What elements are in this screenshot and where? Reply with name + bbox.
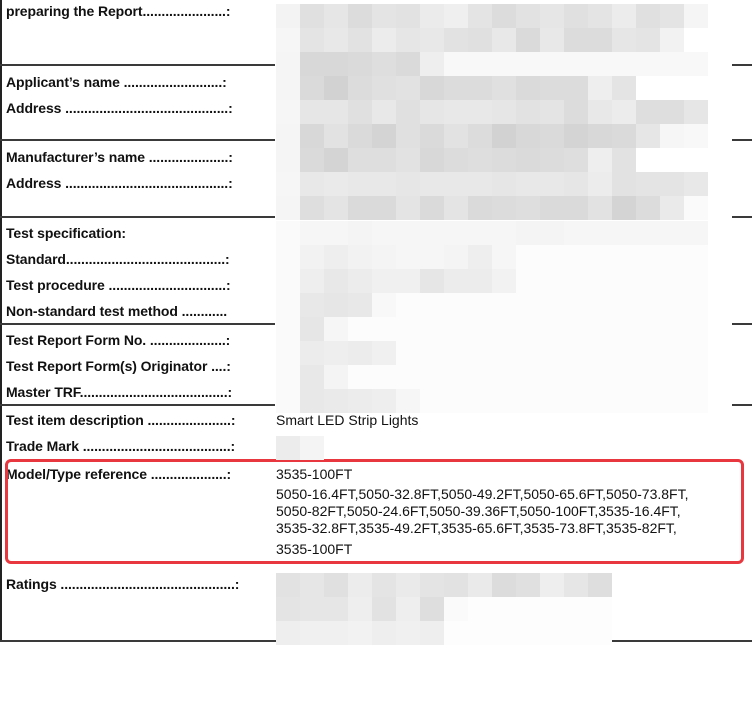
redaction-pixel	[396, 100, 420, 124]
redaction-pixel	[276, 597, 300, 621]
redaction-pixel	[516, 28, 540, 52]
redacted-block-trademark	[276, 436, 324, 460]
section-divider	[732, 64, 752, 66]
redaction-pixel	[516, 172, 540, 196]
label-applicant-address: Address ................................…	[6, 99, 233, 117]
redaction-pixel	[468, 124, 492, 148]
redaction-pixel	[516, 597, 540, 621]
redaction-pixel	[300, 621, 324, 645]
redaction-pixel	[588, 597, 612, 621]
redaction-pixel	[540, 341, 564, 365]
redaction-pixel	[564, 269, 588, 293]
redaction-pixel	[420, 124, 444, 148]
redaction-pixel	[516, 221, 540, 245]
label-applicant-name: Applicant’s name .......................…	[6, 73, 227, 91]
redaction-pixel	[588, 52, 612, 76]
redaction-pixel	[468, 52, 492, 76]
redacted-block-ratings	[276, 573, 612, 645]
redaction-pixel	[300, 124, 324, 148]
redaction-pixel	[396, 365, 420, 389]
redaction-pixel	[660, 317, 684, 341]
redaction-pixel	[540, 365, 564, 389]
redaction-pixel	[276, 341, 300, 365]
redaction-pixel	[636, 100, 660, 124]
redaction-pixel	[444, 597, 468, 621]
redaction-pixel	[588, 124, 612, 148]
redaction-pixel	[684, 221, 708, 245]
redaction-pixel	[492, 4, 516, 28]
redaction-pixel	[372, 269, 396, 293]
redaction-pixel	[564, 341, 588, 365]
redaction-pixel	[612, 341, 636, 365]
redaction-pixel	[420, 573, 444, 597]
redaction-pixel	[492, 76, 516, 100]
redaction-pixel	[396, 389, 420, 413]
redaction-pixel	[564, 4, 588, 28]
redaction-pixel	[612, 269, 636, 293]
redaction-pixel	[492, 293, 516, 317]
redaction-pixel	[684, 172, 708, 196]
redaction-pixel	[540, 52, 564, 76]
section-divider	[0, 404, 275, 406]
redaction-pixel	[540, 221, 564, 245]
redaction-pixel	[348, 365, 372, 389]
redaction-pixel	[492, 389, 516, 413]
redaction-pixel	[516, 124, 540, 148]
redaction-pixel	[444, 221, 468, 245]
redaction-pixel	[300, 196, 324, 220]
redaction-pixel	[468, 221, 492, 245]
redaction-pixel	[372, 124, 396, 148]
redaction-pixel	[684, 28, 708, 52]
redaction-pixel	[636, 28, 660, 52]
redaction-pixel	[636, 293, 660, 317]
redaction-pixel	[492, 341, 516, 365]
redaction-pixel	[564, 621, 588, 645]
redaction-pixel	[516, 148, 540, 172]
label-standard: Standard................................…	[6, 250, 230, 268]
redaction-pixel	[636, 148, 660, 172]
redaction-pixel	[660, 389, 684, 413]
redaction-pixel	[372, 52, 396, 76]
redaction-pixel	[540, 196, 564, 220]
redaction-pixel	[468, 172, 492, 196]
redaction-pixel	[636, 172, 660, 196]
redaction-pixel	[588, 317, 612, 341]
redaction-pixel	[612, 196, 636, 220]
redaction-pixel	[276, 245, 300, 269]
redaction-pixel	[324, 621, 348, 645]
redaction-pixel	[516, 100, 540, 124]
redaction-pixel	[444, 573, 468, 597]
section-divider	[732, 404, 752, 406]
redaction-pixel	[276, 52, 300, 76]
redaction-pixel	[660, 76, 684, 100]
redaction-pixel	[564, 172, 588, 196]
redaction-pixel	[348, 28, 372, 52]
redaction-pixel	[492, 597, 516, 621]
table-left-border	[0, 0, 2, 642]
redaction-pixel	[420, 100, 444, 124]
redaction-pixel	[348, 293, 372, 317]
redaction-pixel	[612, 317, 636, 341]
redaction-pixel	[300, 245, 324, 269]
redaction-pixel	[324, 341, 348, 365]
redaction-pixel	[612, 28, 636, 52]
redaction-pixel	[300, 221, 324, 245]
redaction-pixel	[300, 76, 324, 100]
redaction-pixel	[324, 52, 348, 76]
section-divider	[732, 216, 752, 218]
redaction-pixel	[420, 597, 444, 621]
redaction-pixel	[612, 172, 636, 196]
redaction-pixel	[612, 52, 636, 76]
redaction-pixel	[660, 28, 684, 52]
label-trf-number: Test Report Form No. ...................…	[6, 331, 230, 349]
redaction-pixel	[612, 100, 636, 124]
redaction-pixel	[444, 52, 468, 76]
redaction-pixel	[684, 317, 708, 341]
redaction-pixel	[276, 196, 300, 220]
redaction-pixel	[660, 221, 684, 245]
redaction-pixel	[276, 269, 300, 293]
redaction-pixel	[468, 148, 492, 172]
redaction-pixel	[636, 245, 660, 269]
redaction-pixel	[276, 621, 300, 645]
redaction-pixel	[372, 172, 396, 196]
redaction-pixel	[420, 196, 444, 220]
redaction-pixel	[492, 221, 516, 245]
redaction-pixel	[468, 621, 492, 645]
redaction-pixel	[660, 124, 684, 148]
redaction-pixel	[372, 196, 396, 220]
redaction-pixel	[636, 221, 660, 245]
redaction-pixel	[444, 76, 468, 100]
redaction-pixel	[636, 196, 660, 220]
redaction-pixel	[564, 76, 588, 100]
redaction-pixel	[420, 293, 444, 317]
redaction-pixel	[564, 196, 588, 220]
redaction-pixel	[300, 317, 324, 341]
redaction-pixel	[516, 365, 540, 389]
redaction-pixel	[612, 124, 636, 148]
redaction-pixel	[276, 100, 300, 124]
redaction-pixel	[540, 28, 564, 52]
redaction-pixel	[468, 100, 492, 124]
redaction-pixel	[492, 196, 516, 220]
redaction-pixel	[468, 269, 492, 293]
redaction-pixel	[588, 196, 612, 220]
redaction-pixel	[348, 245, 372, 269]
redaction-pixel	[468, 597, 492, 621]
redaction-pixel	[492, 269, 516, 293]
redaction-pixel	[468, 196, 492, 220]
redaction-pixel	[444, 389, 468, 413]
label-trade-mark: Trade Mark .............................…	[6, 437, 235, 455]
redaction-pixel	[588, 4, 612, 28]
redaction-pixel	[348, 573, 372, 597]
redaction-pixel	[612, 365, 636, 389]
redaction-pixel	[564, 365, 588, 389]
redaction-pixel	[444, 317, 468, 341]
redaction-pixel	[396, 52, 420, 76]
redaction-pixel	[588, 269, 612, 293]
redaction-pixel	[540, 100, 564, 124]
redaction-pixel	[492, 172, 516, 196]
redaction-pixel	[444, 196, 468, 220]
redaction-pixel	[636, 52, 660, 76]
redaction-pixel	[588, 172, 612, 196]
redaction-pixel	[660, 172, 684, 196]
label-preparing-report: preparing the Report....................…	[6, 2, 230, 20]
model-reference-highlight-box	[5, 459, 744, 564]
redaction-pixel	[540, 389, 564, 413]
redaction-pixel	[348, 389, 372, 413]
redaction-pixel	[444, 148, 468, 172]
redaction-pixel	[636, 317, 660, 341]
redaction-pixel	[492, 28, 516, 52]
redaction-pixel	[540, 76, 564, 100]
redaction-pixel	[300, 365, 324, 389]
label-master-trf: Master TRF..............................…	[6, 383, 232, 401]
redaction-pixel	[348, 341, 372, 365]
redaction-pixel	[516, 196, 540, 220]
redaction-pixel	[660, 52, 684, 76]
redaction-pixel	[684, 245, 708, 269]
label-ratings: Ratings ................................…	[6, 575, 239, 593]
redaction-pixel	[660, 365, 684, 389]
redaction-pixel	[300, 4, 324, 28]
redaction-pixel	[636, 269, 660, 293]
redaction-pixel	[396, 28, 420, 52]
label-non-standard-method: Non-standard test method ............	[6, 302, 227, 320]
redaction-pixel	[516, 269, 540, 293]
label-trf-originator: Test Report Form(s) Originator ....:	[6, 357, 231, 375]
redaction-pixel	[564, 389, 588, 413]
redaction-pixel	[588, 76, 612, 100]
redaction-pixel	[660, 341, 684, 365]
redaction-pixel	[492, 52, 516, 76]
redaction-pixel	[516, 52, 540, 76]
redaction-pixel	[372, 245, 396, 269]
redaction-pixel	[372, 621, 396, 645]
redaction-pixel	[276, 124, 300, 148]
redaction-pixel	[372, 597, 396, 621]
redaction-pixel	[684, 76, 708, 100]
redaction-pixel	[420, 389, 444, 413]
redaction-pixel	[636, 76, 660, 100]
redaction-pixel	[396, 573, 420, 597]
redaction-pixel	[276, 389, 300, 413]
redaction-pixel	[324, 196, 348, 220]
redaction-pixel	[468, 245, 492, 269]
redaction-pixel	[276, 365, 300, 389]
redaction-pixel	[468, 4, 492, 28]
redaction-pixel	[444, 269, 468, 293]
redaction-pixel	[564, 100, 588, 124]
redaction-pixel	[396, 245, 420, 269]
redaction-pixel	[540, 573, 564, 597]
redaction-pixel	[420, 28, 444, 52]
redaction-pixel	[300, 28, 324, 52]
redaction-pixel	[468, 317, 492, 341]
redaction-pixel	[540, 148, 564, 172]
redaction-pixel	[660, 245, 684, 269]
redaction-pixel	[684, 365, 708, 389]
redaction-pixel	[588, 365, 612, 389]
section-divider	[0, 216, 275, 218]
redaction-pixel	[300, 341, 324, 365]
redaction-pixel	[516, 317, 540, 341]
redaction-pixel	[348, 124, 372, 148]
redaction-pixel	[468, 365, 492, 389]
redaction-pixel	[564, 293, 588, 317]
redaction-pixel	[396, 269, 420, 293]
redaction-pixel	[588, 341, 612, 365]
redaction-pixel	[420, 245, 444, 269]
redaction-pixel	[324, 100, 348, 124]
redaction-pixel	[372, 317, 396, 341]
redaction-pixel	[636, 124, 660, 148]
redaction-pixel	[564, 245, 588, 269]
redaction-pixel	[348, 269, 372, 293]
redaction-pixel	[516, 341, 540, 365]
section-divider	[0, 139, 275, 141]
redaction-pixel	[420, 365, 444, 389]
redaction-pixel	[588, 148, 612, 172]
redaction-pixel	[540, 172, 564, 196]
redaction-pixel	[516, 4, 540, 28]
redaction-pixel	[660, 4, 684, 28]
redaction-pixel	[492, 365, 516, 389]
redaction-pixel	[324, 28, 348, 52]
redaction-pixel	[276, 172, 300, 196]
redaction-pixel	[660, 148, 684, 172]
redaction-pixel	[396, 341, 420, 365]
redacted-block-spec	[276, 221, 708, 413]
redaction-pixel	[468, 28, 492, 52]
redaction-pixel	[492, 100, 516, 124]
redaction-pixel	[324, 269, 348, 293]
redaction-pixel	[372, 221, 396, 245]
redaction-pixel	[540, 269, 564, 293]
redaction-pixel	[564, 597, 588, 621]
redaction-pixel	[444, 172, 468, 196]
redaction-pixel	[396, 124, 420, 148]
redaction-pixel	[516, 293, 540, 317]
redaction-pixel	[300, 100, 324, 124]
redaction-pixel	[396, 221, 420, 245]
redaction-pixel	[324, 221, 348, 245]
redaction-pixel	[372, 389, 396, 413]
redaction-pixel	[348, 76, 372, 100]
label-test-procedure: Test procedure .........................…	[6, 276, 231, 294]
redaction-pixel	[324, 573, 348, 597]
redaction-pixel	[300, 269, 324, 293]
redaction-pixel	[300, 389, 324, 413]
redaction-pixel	[348, 621, 372, 645]
redaction-pixel	[588, 221, 612, 245]
redaction-pixel	[348, 597, 372, 621]
redaction-pixel	[324, 76, 348, 100]
test-report-page: preparing the Report....................…	[0, 0, 752, 720]
redaction-pixel	[396, 76, 420, 100]
redaction-pixel	[396, 172, 420, 196]
redaction-pixel	[684, 293, 708, 317]
redaction-pixel	[276, 28, 300, 52]
redaction-pixel	[372, 341, 396, 365]
redaction-pixel	[540, 317, 564, 341]
redaction-pixel	[444, 293, 468, 317]
redaction-pixel	[684, 100, 708, 124]
redaction-pixel	[468, 573, 492, 597]
redaction-pixel	[420, 52, 444, 76]
redaction-pixel	[492, 317, 516, 341]
redaction-pixel	[372, 4, 396, 28]
redaction-pixel	[420, 76, 444, 100]
redaction-pixel	[516, 621, 540, 645]
redaction-pixel	[396, 4, 420, 28]
redaction-pixel	[588, 389, 612, 413]
redaction-pixel	[372, 100, 396, 124]
redaction-pixel	[612, 221, 636, 245]
redaction-pixel	[660, 100, 684, 124]
redaction-pixel	[300, 172, 324, 196]
redaction-pixel	[636, 365, 660, 389]
redaction-pixel	[348, 148, 372, 172]
redaction-pixel	[564, 148, 588, 172]
redaction-pixel	[516, 76, 540, 100]
redaction-pixel	[588, 621, 612, 645]
redaction-pixel	[612, 389, 636, 413]
redaction-pixel	[324, 245, 348, 269]
redaction-pixel	[444, 245, 468, 269]
redaction-pixel	[276, 293, 300, 317]
redaction-pixel	[324, 4, 348, 28]
redaction-pixel	[540, 4, 564, 28]
redaction-pixel	[372, 365, 396, 389]
redaction-pixel	[420, 621, 444, 645]
redaction-pixel	[660, 269, 684, 293]
redaction-pixel	[396, 293, 420, 317]
redaction-pixel	[636, 341, 660, 365]
redaction-pixel	[588, 245, 612, 269]
redaction-pixel	[348, 196, 372, 220]
redaction-pixel	[276, 148, 300, 172]
redaction-pixel	[468, 293, 492, 317]
redaction-pixel	[300, 293, 324, 317]
redaction-pixel	[588, 573, 612, 597]
redaction-pixel	[276, 221, 300, 245]
redaction-pixel	[564, 221, 588, 245]
redaction-pixel	[636, 389, 660, 413]
redaction-pixel	[540, 124, 564, 148]
redaction-pixel	[324, 597, 348, 621]
redaction-pixel	[612, 245, 636, 269]
redaction-pixel	[372, 293, 396, 317]
label-test-specification: Test specification:	[6, 224, 126, 242]
redaction-pixel	[492, 573, 516, 597]
redaction-pixel	[660, 196, 684, 220]
redaction-pixel	[348, 100, 372, 124]
redaction-pixel	[492, 124, 516, 148]
section-divider	[0, 323, 275, 325]
redaction-pixel	[660, 293, 684, 317]
redaction-pixel	[372, 148, 396, 172]
test-item-description-value: Smart LED Strip Lights	[276, 411, 418, 429]
redaction-pixel	[420, 172, 444, 196]
redaction-pixel	[492, 148, 516, 172]
